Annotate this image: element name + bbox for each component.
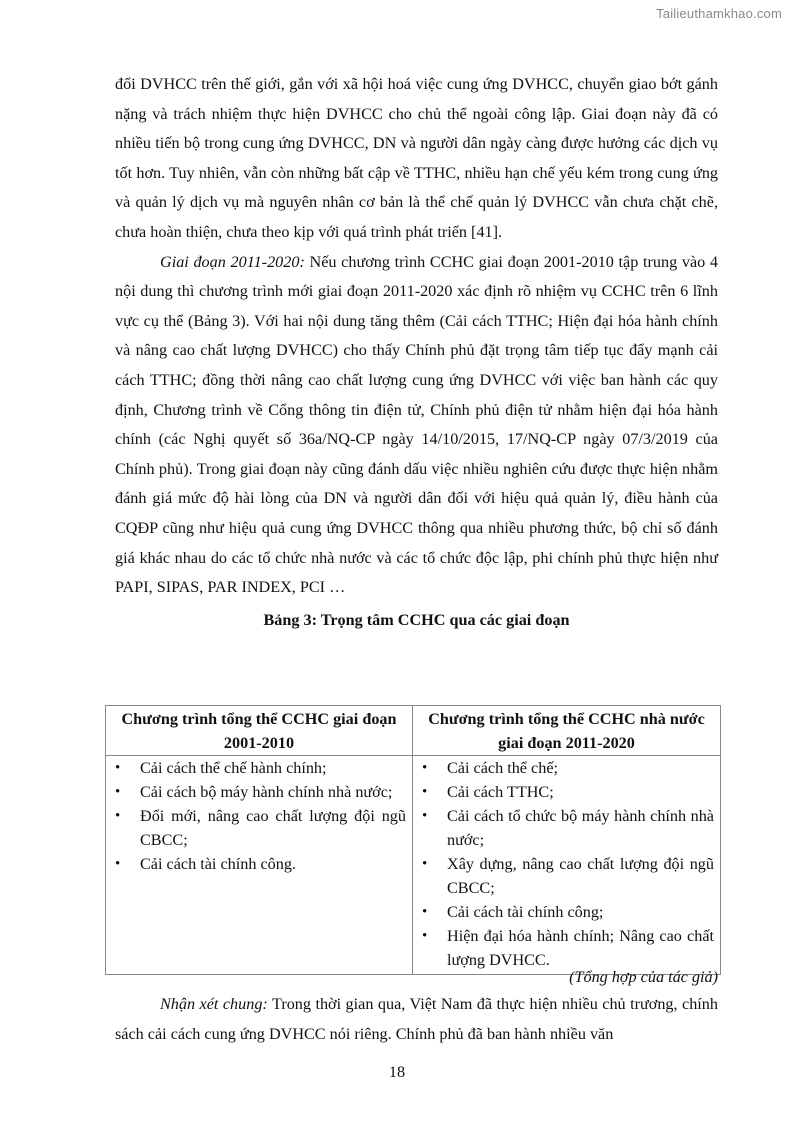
watermark: Tailieuthamkhao.com — [656, 6, 782, 21]
paragraph-text: đổi DVHCC trên thế giới, gắn với xã hội … — [115, 75, 718, 241]
list-item: Cải cách tổ chức bộ máy hành chính nhà n… — [419, 804, 714, 852]
list-item: Cải cách tài chính công. — [112, 852, 406, 876]
table-header-2011-2020: Chương trình tổng thể CCHC nhà nước giai… — [413, 706, 721, 756]
list-item: Cải cách thể chế hành chính; — [112, 756, 406, 780]
paragraph-period-2011-2020: Giai đoạn 2011-2020: Nếu chương trình CC… — [115, 248, 718, 603]
table-header-2001-2010: Chương trình tổng thể CCHC giai đoạn 200… — [106, 706, 413, 756]
list-item: Đổi mới, nâng cao chất lượng đội ngũ CBC… — [112, 804, 406, 852]
paragraph-intro: đổi DVHCC trên thế giới, gắn với xã hội … — [115, 70, 718, 248]
table-source: (Tổng hợp của tác giả) — [569, 965, 718, 989]
table-cell-2011-2020: Cải cách thể chế;Cải cách TTHC;Cải cách … — [413, 756, 721, 975]
body-text: đổi DVHCC trên thế giới, gắn với xã hội … — [115, 70, 718, 633]
table-caption: Bảng 3: Trọng tâm CCHC qua các giai đoạn — [115, 607, 718, 633]
bullet-list-2011-2020: Cải cách thể chế;Cải cách TTHC;Cải cách … — [419, 756, 714, 972]
list-item: Xây dựng, nâng cao chất lượng đội ngũ CB… — [419, 852, 714, 900]
paragraph-general-remarks: Nhận xét chung: Trong thời gian qua, Việ… — [115, 990, 718, 1049]
comparison-table: Chương trình tổng thể CCHC giai đoạn 200… — [105, 705, 721, 975]
list-item: Cải cách bộ máy hành chính nhà nước; — [112, 780, 406, 804]
paragraph-lead: Giai đoạn 2011-2020: — [160, 253, 305, 271]
paragraph-text: Nếu chương trình CCHC giai đoạn 2001-201… — [115, 253, 718, 597]
table-row: Cải cách thể chế hành chính;Cải cách bộ … — [106, 756, 721, 975]
table-header-row: Chương trình tổng thể CCHC giai đoạn 200… — [106, 706, 721, 756]
page-number: 18 — [0, 1063, 794, 1082]
table-cell-2001-2010: Cải cách thể chế hành chính;Cải cách bộ … — [106, 756, 413, 975]
bullet-list-2001-2010: Cải cách thể chế hành chính;Cải cách bộ … — [112, 756, 406, 876]
list-item: Cải cách TTHC; — [419, 780, 714, 804]
body-text-bottom: Nhận xét chung: Trong thời gian qua, Việ… — [115, 990, 718, 1049]
list-item: Cải cách tài chính công; — [419, 900, 714, 924]
paragraph-lead: Nhận xét chung: — [160, 995, 268, 1013]
list-item: Cải cách thể chế; — [419, 756, 714, 780]
